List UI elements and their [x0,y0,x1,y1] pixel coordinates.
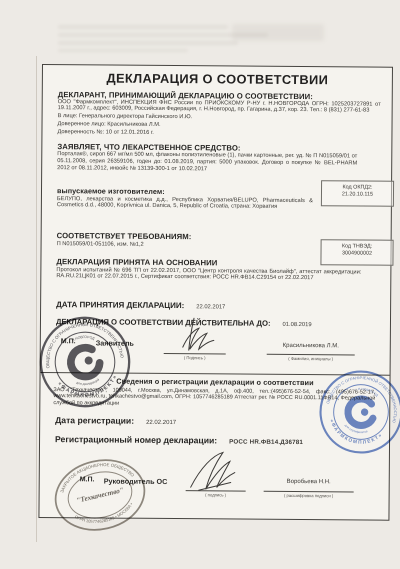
okpd2-code-box: Код ОКПД2: 21.20.10.115 [321,180,394,207]
paper-edge-line [36,56,37,542]
applicant-round-stamp-icon: ОБЩЕСТВО С ОГРАНИЧЕННОЙ ОТВЕТСТВЕННОСТЬЮ… [31,308,139,416]
valid-until-value: 01.08.2019 [283,322,312,328]
name-caption: ( расшифровка подписи ) [264,492,354,498]
bleedthrough-logo-smudge [232,24,324,41]
svg-text:ОБЩЕСТВО С ОГРАНИЧЕННОЙ ОТВЕТС: ОБЩЕСТВО С ОГРАНИЧЕННОЙ ОТВЕТСТВЕННОСТЬЮ [40,317,125,370]
conformity-heading: СООТВЕТСТВУЕТ ТРЕБОВАНИЯМ: [57,231,192,241]
conformity-body: П N015059/01-051106, изм. №1,2 [57,241,257,249]
signature-caption: ( Подпись ) [164,354,226,359]
farmkomplekt-logo-icon [69,346,101,378]
declarant-block: ООО "Фармкомплект", ИНСПЕКЦИЯ ФНС России… [57,99,380,140]
svg-text:ОГРН 1057746285189 • МОСКВА •: ОГРН 1057746285189 • МОСКВА • [73,501,137,530]
registrar-name: Воробьева Н.Н. [266,479,352,486]
applicant-name: Красильникова Л.М. [269,343,353,350]
registrar-signature [173,449,255,492]
registration-number-label: Регистрационный номер декларации: [55,434,217,445]
registration-number-value: РОСС HR.ФВ14.Д36781 [229,438,303,446]
bleedthrough-smudge [58,41,238,45]
acceptance-date-row: ДАТА ПРИНЯТИЯ ДЕКЛАРАЦИИ: 22.02.2017 [56,300,225,310]
bleedthrough-smudge [58,25,228,29]
registration-date-value: 22.02.2017 [146,420,176,426]
registration-date-label: Дата регистрации: [55,415,134,426]
tnved-code-box: Код ТНВЭД: 3004900002 [320,239,393,266]
stamp-center-text: "Техкачество" [76,486,125,505]
signature-caption: ( подпись ) [186,492,246,497]
okpd2-value: 21.20.10.115 [322,191,393,198]
page-title: ДЕКЛАРАЦИЯ О СООТВЕТСТВИИ [43,70,392,88]
bleedthrough-smudge [58,49,188,52]
stamp-ogrn-text: ОГРН 1057746285189 • МОСКВА • [73,501,137,530]
product-body: Порталак®, сироп 667 мг/мл 500 мл, флако… [57,151,357,174]
manufacturer-heading: выпускаемое изготовителем: [57,186,165,196]
farmkomplekt-logo-icon [345,396,377,429]
tnved-value: 3004900002 [321,250,392,257]
document-frame: ДЕКЛАРАЦИЯ О СООТВЕТСТВИИ ДЕКЛАРАНТ, ПРИ… [38,64,393,521]
registration-date-row: Дата регистрации: 22.02.2017 [55,415,176,426]
declarant-poa: Доверенность №: 10 от 12.01.2016 г. [57,129,380,138]
basis-heading: ДЕКЛАРАЦИЯ ПРИНЯТА НА ОСНОВАНИИ [56,257,217,267]
basis-body: Протокол испытаний № 696 ТП от 22.02.201… [56,267,361,283]
scanned-declaration-page: ДЕКЛАРАЦИЯ О СООТВЕТСТВИИ ДЕКЛАРАНТ, ПРИ… [0,0,400,569]
manufacturer-body: БЕЛУПО, лекарства и косметика д.д., Респ… [57,196,313,212]
applicant-signature [156,316,231,355]
registration-number-row: Регистрационный номер декларации: РОСС H… [55,434,303,446]
stamp-ring-text: ОБЩЕСТВО С ОГРАНИЧЕННОЙ ОТВЕТСТВЕННОСТЬЮ [40,317,125,370]
acceptance-date-value: 22.02.2017 [196,304,225,310]
